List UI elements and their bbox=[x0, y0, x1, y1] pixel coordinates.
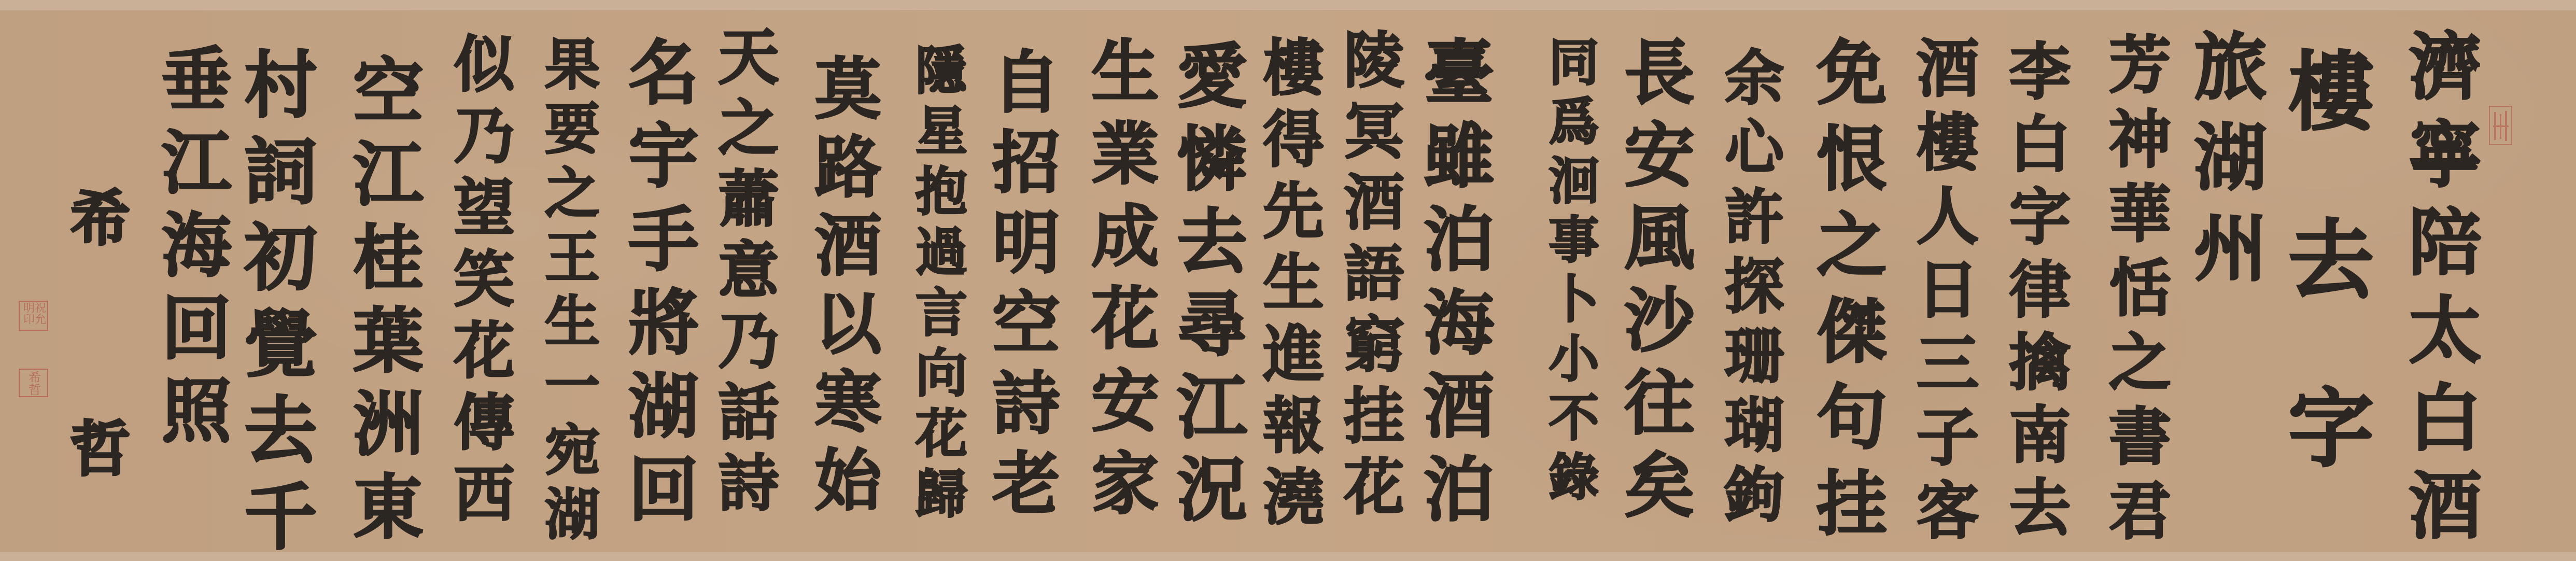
scroll-bottom-border bbox=[0, 552, 2576, 561]
text-column-20: 名宇手將湖回 bbox=[604, 36, 712, 523]
text-column-3: 旅湖州 bbox=[2183, 29, 2266, 283]
text-column-15: 生業成花安家 bbox=[1081, 36, 1159, 515]
text-column-5: 李白字律擒南去 bbox=[1991, 39, 2079, 537]
text-column-18: 莫路酒以寒始 bbox=[794, 54, 891, 512]
text-column-25: 垂江海回照 bbox=[147, 43, 236, 444]
calligraphy-handscroll: 濟寧陪太白酒 樓去字 旅湖州 芳神華恬之書君 李白字律擒南去 酒樓人日三子客 免… bbox=[0, 0, 2576, 561]
text-column-10: 同爲洄事卜小不錄 bbox=[1530, 36, 1609, 501]
seal-artist-name: 祝允明印 bbox=[19, 301, 48, 331]
seal-artist-style-name: 希哲 bbox=[19, 369, 48, 397]
text-column-24: 村詞初覺去千 bbox=[228, 47, 321, 551]
text-column-9: 長安風沙往矣 bbox=[1607, 36, 1700, 518]
text-column-6: 酒樓人日三子客 bbox=[1894, 36, 1991, 540]
text-column-7: 免恨之傑句挂 bbox=[1801, 36, 1891, 537]
text-column-21: 果要之王生一宛湖 bbox=[526, 36, 611, 540]
text-column-17: 隱星抱過言向花歸 bbox=[894, 43, 980, 518]
text-column-1: 濟寧陪太白酒 bbox=[2384, 29, 2495, 540]
text-column-23: 空江桂葉洲東 bbox=[336, 54, 429, 540]
text-column-11: 臺雖泊海酒泊 bbox=[1409, 36, 1498, 523]
text-column-16: 自招明空詩老 bbox=[976, 47, 1066, 515]
text-column-14: 愛憐去尋江況 bbox=[1162, 39, 1251, 523]
text-column-4: 芳神華恬之書君 bbox=[2083, 32, 2187, 540]
artist-signature: 希哲 bbox=[64, 187, 125, 477]
text-column-2: 樓去字 bbox=[2276, 47, 2373, 469]
text-column-22: 似乃望笑花傳西 bbox=[429, 32, 529, 523]
text-column-13: 樓得先生進報澆 bbox=[1244, 36, 1333, 526]
text-column-12: 陵冥酒語窮挂花 bbox=[1330, 29, 1409, 515]
text-column-8: 余心許探珊瑚鉤 bbox=[1701, 47, 1798, 523]
scroll-top-border bbox=[0, 0, 2576, 11]
